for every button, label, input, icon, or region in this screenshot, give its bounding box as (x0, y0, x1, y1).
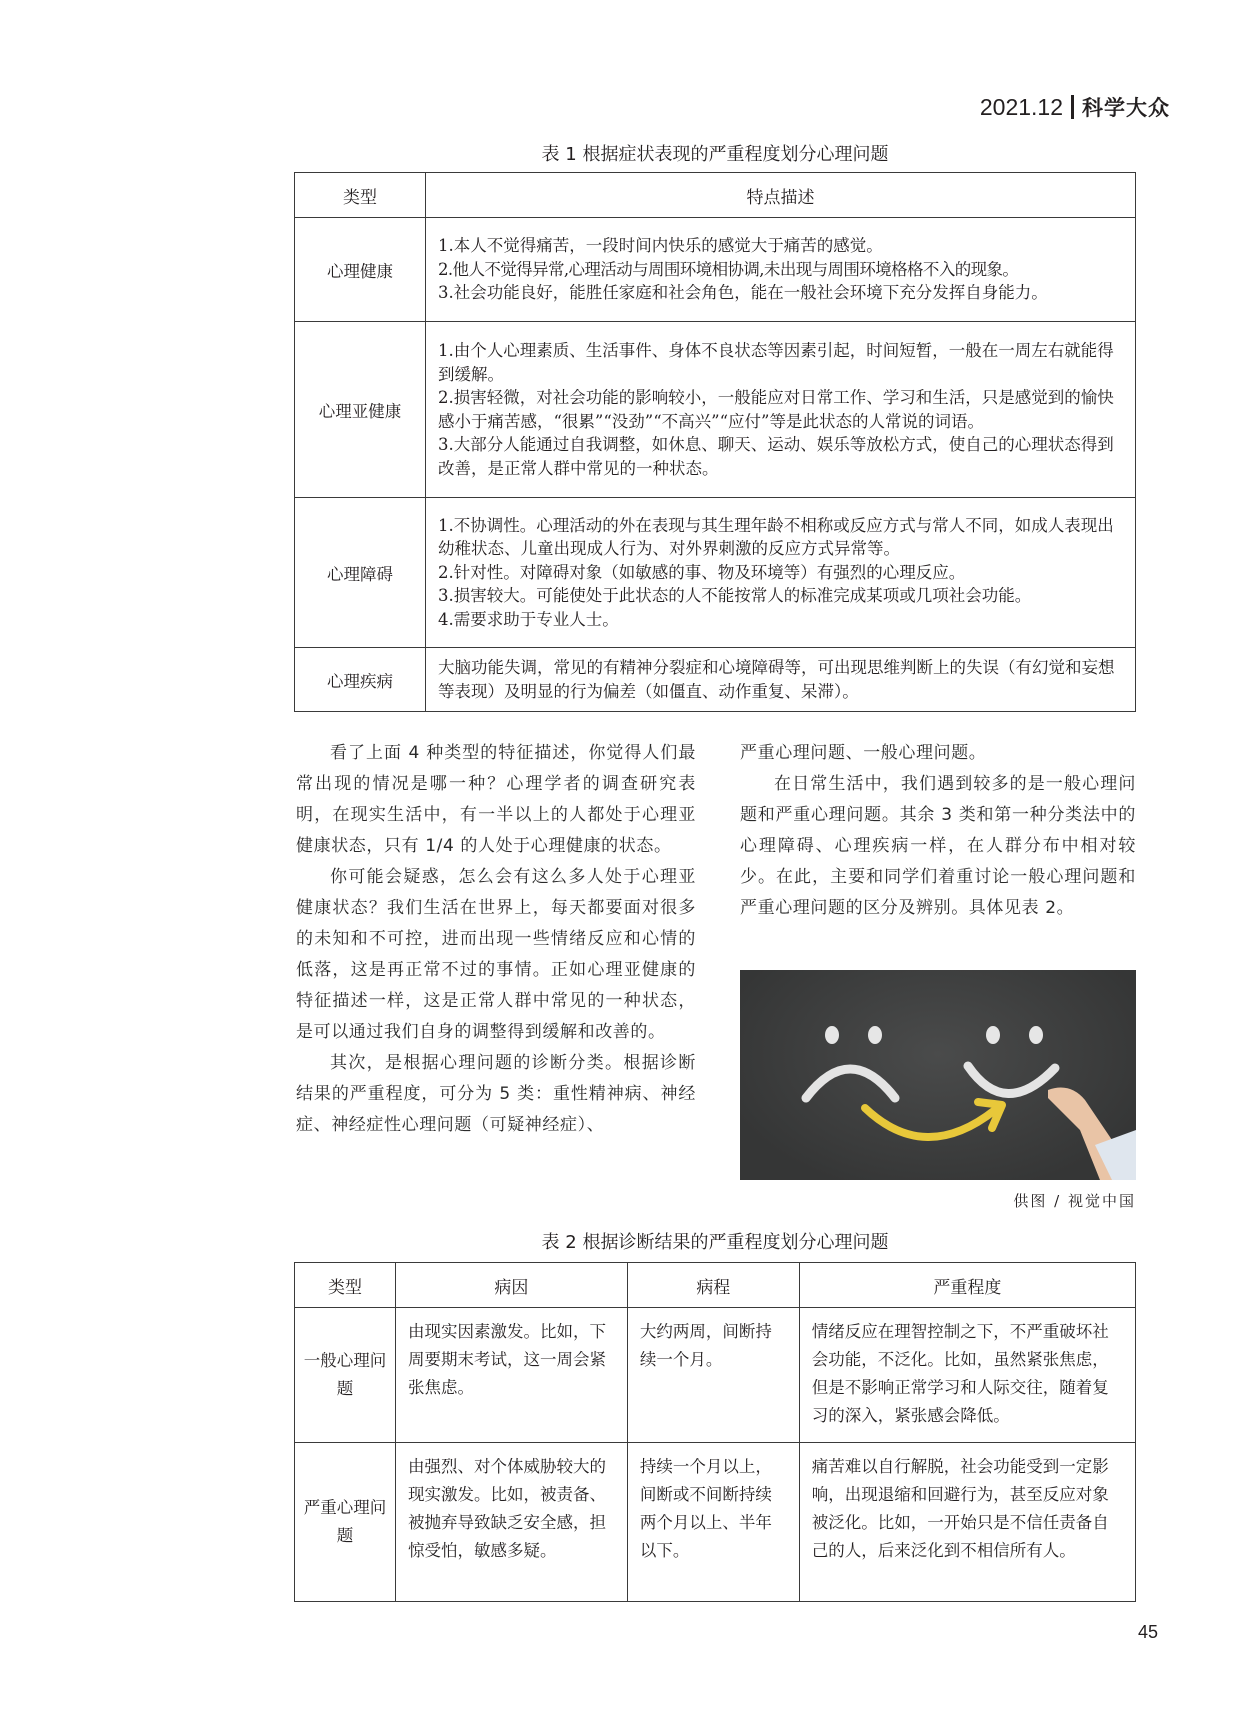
table-row: 心理障碍 1.不协调性。心理活动的外在表现与其生理年龄不相称或反应方式与常人不同… (295, 498, 1136, 648)
desc-line: 3.损害较大。可能使处于此状态的人不能按常人的标准完成某项或几项社会功能。 (438, 584, 1125, 608)
table2: 类型 病因 病程 严重程度 一般心理问题 由现实因素激发。比如，下周要期末考试，… (294, 1262, 1136, 1602)
type-cell: 严重心理问题 (295, 1443, 396, 1602)
desc-line: 3.社会功能良好，能胜任家庭和社会角色，能在一般社会环境下充分发挥自身能力。 (438, 281, 1125, 305)
body-column-right: 严重心理问题、一般心理问题。 在日常生活中，我们遇到较多的是一般心理问题和严重心… (740, 738, 1136, 924)
paragraph: 看了上面 4 种类型的特征描述，你觉得人们最常出现的情况是哪一种？心理学者的调查… (296, 738, 696, 862)
column-header: 类型 (295, 173, 426, 218)
cause-cell: 由强烈、对个体威胁较大的现实激发。比如，被责备、被抛弃导致缺乏安全感，担惊受怕，… (395, 1443, 627, 1602)
column-header: 特点描述 (426, 173, 1136, 218)
header-divider (1071, 95, 1074, 119)
issue-date: 2021.12 (980, 94, 1063, 121)
chalkboard-smiley-photo (740, 970, 1136, 1180)
magazine-name: 科学大众 (1082, 92, 1170, 122)
paragraph: 你可能会疑惑，怎么会有这么多人处于心理亚健康状态？我们生活在世界上，每天都要面对… (296, 862, 696, 1048)
type-cell: 心理障碍 (295, 498, 426, 648)
paragraph: 严重心理问题、一般心理问题。 (740, 738, 1136, 769)
cause-cell: 由现实因素激发。比如，下周要期末考试，这一周会紧张焦虑。 (395, 1308, 627, 1443)
table1: 类型 特点描述 心理健康 1.本人不觉得痛苦，一段时间内快乐的感觉大于痛苦的感觉… (294, 172, 1136, 712)
column-header: 病因 (395, 1263, 627, 1308)
description-cell: 1.不协调性。心理活动的外在表现与其生理年龄不相称或反应方式与常人不同，如成人表… (426, 498, 1136, 648)
desc-line: 2.损害轻微，对社会功能的影响较小，一般能应对日常工作、学习和生活，只是感觉到的… (438, 386, 1125, 433)
photo-credit: 供图 / 视觉中国 (740, 1190, 1136, 1211)
table-row: 严重心理问题 由强烈、对个体威胁较大的现实激发。比如，被责备、被抛弃导致缺乏安全… (295, 1443, 1136, 1602)
table-row: 心理疾病 大脑功能失调，常见的有精神分裂症和心境障碍等，可出现思维判断上的失误（… (295, 648, 1136, 712)
chalk-faces-illustration (740, 970, 1136, 1180)
table-header-row: 类型 特点描述 (295, 173, 1136, 218)
desc-line: 3.大部分人能通过自我调整，如休息、聊天、运动、娱乐等放松方式，使自己的心理状态… (438, 433, 1125, 480)
column-header: 严重程度 (799, 1263, 1135, 1308)
description-cell: 1.由个人心理素质、生活事件、身体不良状态等因素引起，时间短暂，一般在一周左右就… (426, 322, 1136, 498)
column-header: 病程 (627, 1263, 799, 1308)
desc-line: 1.由个人心理素质、生活事件、身体不良状态等因素引起，时间短暂，一般在一周左右就… (438, 339, 1125, 386)
desc-line: 1.本人不觉得痛苦，一段时间内快乐的感觉大于痛苦的感觉。 (438, 234, 1125, 258)
table2-caption: 表 2 根据诊断结果的严重程度划分心理问题 (294, 1228, 1136, 1254)
course-cell: 持续一个月以上，间断或不间断持续两个月以上、半年以下。 (627, 1443, 799, 1602)
column-header: 类型 (295, 1263, 396, 1308)
paragraph: 在日常生活中，我们遇到较多的是一般心理问题和严重心理问题。其余 3 类和第一种分… (740, 769, 1136, 924)
desc-line: 2.针对性。对障碍对象（如敏感的事、物及环境等）有强烈的心理反应。 (438, 561, 1125, 585)
type-cell: 心理疾病 (295, 648, 426, 712)
paragraph: 其次，是根据心理问题的诊断分类。根据诊断结果的严重程度，可分为 5 类：重性精神… (296, 1048, 696, 1141)
desc-line: 1.不协调性。心理活动的外在表现与其生理年龄不相称或反应方式与常人不同，如成人表… (438, 514, 1125, 561)
course-cell: 大约两周，间断持续一个月。 (627, 1308, 799, 1443)
table-row: 心理健康 1.本人不觉得痛苦，一段时间内快乐的感觉大于痛苦的感觉。 2.他人不觉… (295, 218, 1136, 322)
desc-line: 2.他人不觉得异常,心理活动与周围环境相协调,未出现与周围环境格格不入的现象。 (438, 258, 1125, 282)
page-header: 2021.12 科学大众 (980, 92, 1170, 122)
description-cell: 1.本人不觉得痛苦，一段时间内快乐的感觉大于痛苦的感觉。 2.他人不觉得异常,心… (426, 218, 1136, 322)
severity-cell: 痛苦难以自行解脱，社会功能受到一定影响，出现退缩和回避行为，甚至反应对象被泛化。… (799, 1443, 1135, 1602)
desc-line: 4.需要求助于专业人士。 (438, 608, 1125, 632)
table1-caption: 表 1 根据症状表现的严重程度划分心理问题 (294, 140, 1136, 166)
table-row: 心理亚健康 1.由个人心理素质、生活事件、身体不良状态等因素引起，时间短暂，一般… (295, 322, 1136, 498)
page-number: 45 (1138, 1622, 1158, 1643)
type-cell: 心理亚健康 (295, 322, 426, 498)
type-cell: 一般心理问题 (295, 1308, 396, 1443)
description-cell: 大脑功能失调，常见的有精神分裂症和心境障碍等，可出现思维判断上的失误（有幻觉和妄… (426, 648, 1136, 712)
table-header-row: 类型 病因 病程 严重程度 (295, 1263, 1136, 1308)
type-cell: 心理健康 (295, 218, 426, 322)
table-row: 一般心理问题 由现实因素激发。比如，下周要期末考试，这一周会紧张焦虑。 大约两周… (295, 1308, 1136, 1443)
severity-cell: 情绪反应在理智控制之下，不严重破坏社会功能，不泛化。比如，虽然紧张焦虑，但是不影… (799, 1308, 1135, 1443)
desc-line: 大脑功能失调，常见的有精神分裂症和心境障碍等，可出现思维判断上的失误（有幻觉和妄… (438, 656, 1125, 703)
body-column-left: 看了上面 4 种类型的特征描述，你觉得人们最常出现的情况是哪一种？心理学者的调查… (296, 738, 696, 1141)
